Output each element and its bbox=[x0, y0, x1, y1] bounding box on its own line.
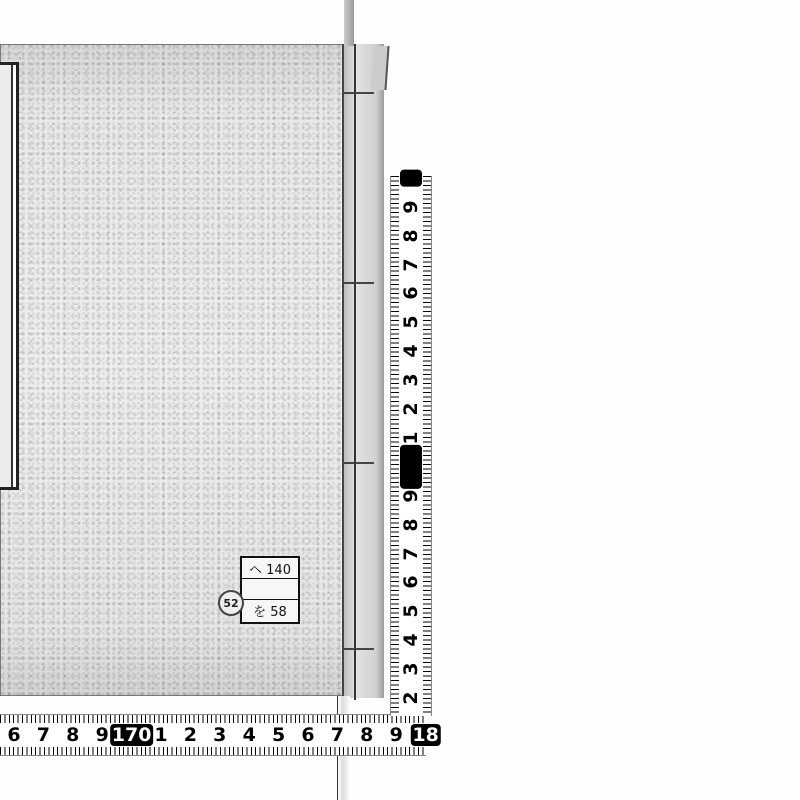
ruler-number: 190 bbox=[400, 445, 422, 489]
ruler-number: 9 bbox=[400, 489, 422, 502]
ruler-numbers: 678917012345678918 bbox=[0, 724, 426, 746]
ruler-number: 7 bbox=[37, 724, 50, 746]
binding-thread bbox=[344, 92, 374, 94]
ruler-ticks bbox=[423, 176, 431, 716]
horizontal-ruler: 678917012345678918 bbox=[0, 714, 426, 756]
ruler-number: 4 bbox=[400, 345, 422, 358]
circular-stamp: 52 bbox=[218, 590, 244, 616]
catalog-label: ヘ 140 を 58 bbox=[240, 556, 300, 624]
vertical-ruler: 234567891901234567892 bbox=[390, 176, 432, 716]
ruler-number: 170 bbox=[110, 724, 154, 746]
ruler-number: 9 bbox=[390, 724, 403, 746]
binding-thread bbox=[344, 462, 374, 464]
binding-thread bbox=[344, 282, 374, 284]
ruler-number: 7 bbox=[331, 724, 344, 746]
ruler-ticks bbox=[0, 715, 426, 723]
spine-strip-top bbox=[344, 0, 354, 46]
ruler-number: 2 bbox=[400, 169, 422, 186]
ruler-number: 8 bbox=[360, 724, 373, 746]
ruler-number: 6 bbox=[400, 576, 422, 589]
ruler-number: 3 bbox=[400, 662, 422, 675]
ruler-number: 3 bbox=[400, 373, 422, 386]
label-row-volume: を 58 bbox=[242, 600, 298, 620]
ruler-number: 9 bbox=[96, 724, 109, 746]
title-slip-frame bbox=[0, 62, 19, 490]
ruler-number: 1 bbox=[154, 724, 167, 746]
binding-thread bbox=[344, 648, 374, 650]
label-row-call-number: ヘ 140 bbox=[242, 558, 298, 579]
ruler-number: 6 bbox=[7, 724, 20, 746]
label-row-blank bbox=[242, 579, 298, 600]
ruler-number: 5 bbox=[400, 605, 422, 618]
ruler-number: 18 bbox=[410, 724, 440, 746]
ruler-number: 7 bbox=[400, 258, 422, 271]
ruler-number: 2 bbox=[400, 691, 422, 704]
ruler-number: 8 bbox=[400, 518, 422, 531]
ruler-number: 5 bbox=[272, 724, 285, 746]
ruler-number: 8 bbox=[66, 724, 79, 746]
ruler-number: 4 bbox=[400, 634, 422, 647]
ruler-number: 1 bbox=[400, 431, 422, 444]
ruler-number: 5 bbox=[400, 316, 422, 329]
ruler-number: 3 bbox=[213, 724, 226, 746]
book-spine bbox=[342, 44, 384, 698]
ruler-number: 4 bbox=[243, 724, 256, 746]
ruler-number: 2 bbox=[400, 402, 422, 415]
ruler-number: 8 bbox=[400, 229, 422, 242]
ruler-number: 6 bbox=[301, 724, 314, 746]
spine-edge-line bbox=[354, 44, 356, 700]
ruler-number: 9 bbox=[400, 200, 422, 213]
ruler-ticks bbox=[391, 176, 399, 716]
ruler-number: 7 bbox=[400, 547, 422, 560]
ruler-number: 2 bbox=[184, 724, 197, 746]
ruler-ticks bbox=[0, 747, 426, 755]
ruler-number: 6 bbox=[400, 287, 422, 300]
torn-corner bbox=[370, 46, 389, 90]
